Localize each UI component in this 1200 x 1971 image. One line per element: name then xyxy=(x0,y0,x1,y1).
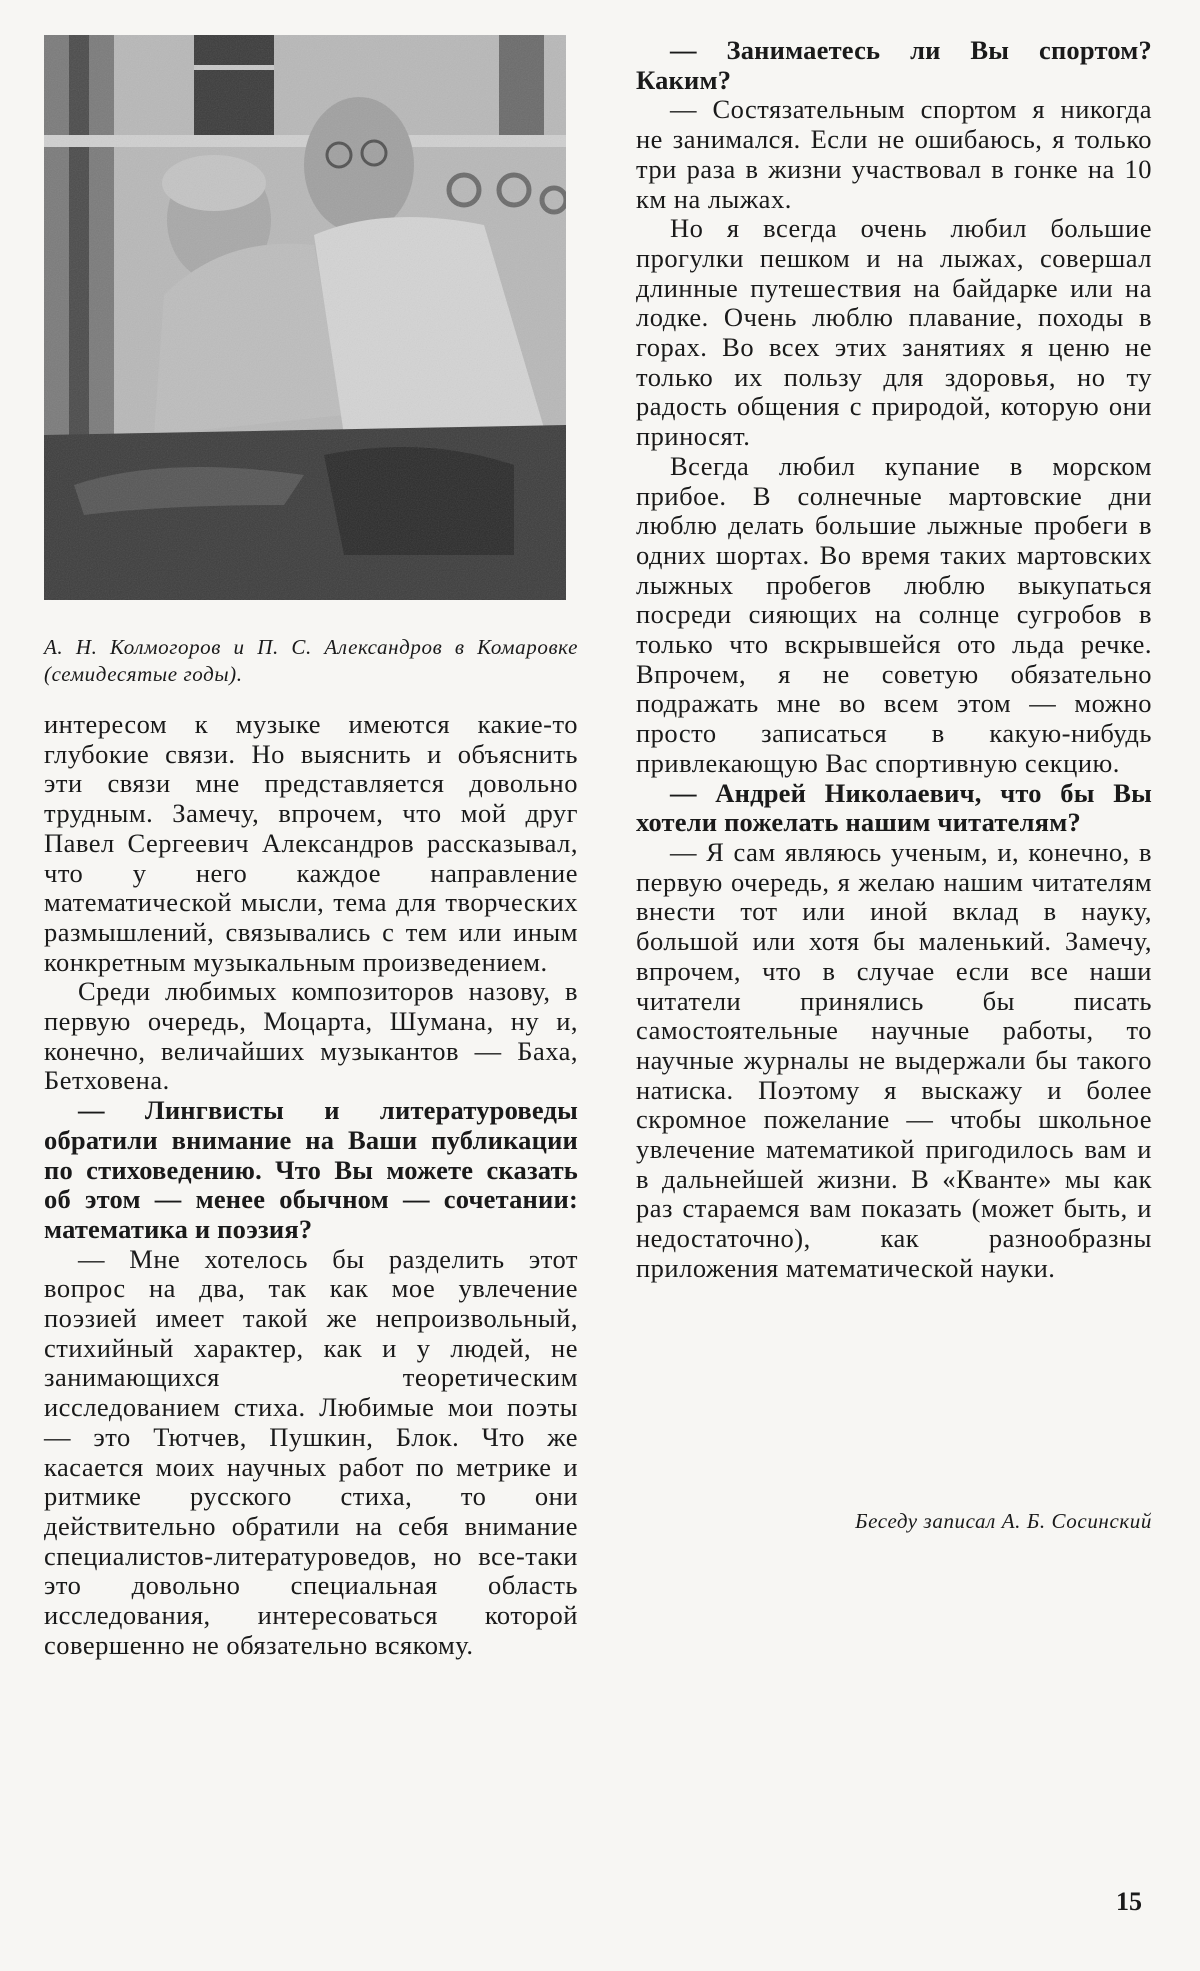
interview-signature: Беседу записал А. Б. Сосинский xyxy=(855,1509,1152,1534)
answer-paragraph: Но я всегда очень любил большие прогулки… xyxy=(636,214,1152,452)
photo-caption: А. Н. Колмогоров и П. С. Александров в К… xyxy=(44,634,578,688)
answer-paragraph: Среди любимых композиторов назову, в пер… xyxy=(44,977,578,1096)
answer-paragraph: — Мне хотелось бы разделить этот вопрос … xyxy=(44,1245,578,1661)
question-paragraph: — Андрей Николаевич, что бы Вы хотели по… xyxy=(636,779,1152,838)
question-paragraph: — Занимаетесь ли Вы спортом? Каким? xyxy=(636,36,1152,95)
question-paragraph: — Лингвисты и литературоведы обратили вн… xyxy=(44,1096,578,1245)
left-column: интересом к музыке имеются какие-то глуб… xyxy=(44,710,578,1661)
photo-kolmogorov-alexandrov xyxy=(44,35,566,600)
answer-paragraph: — Я сам являюсь ученым, и, конечно, в пе… xyxy=(636,838,1152,1284)
answer-paragraph: Всегда любил купание в морском прибое. В… xyxy=(636,452,1152,779)
answer-paragraph-continued: интересом к музыке имеются какие-то глуб… xyxy=(44,710,578,977)
right-column: — Занимаетесь ли Вы спортом? Каким? — Со… xyxy=(636,36,1152,1284)
photo-image xyxy=(44,35,566,600)
answer-paragraph: — Состязательным спортом я никогда не за… xyxy=(636,95,1152,214)
page-number: 15 xyxy=(1116,1887,1142,1917)
